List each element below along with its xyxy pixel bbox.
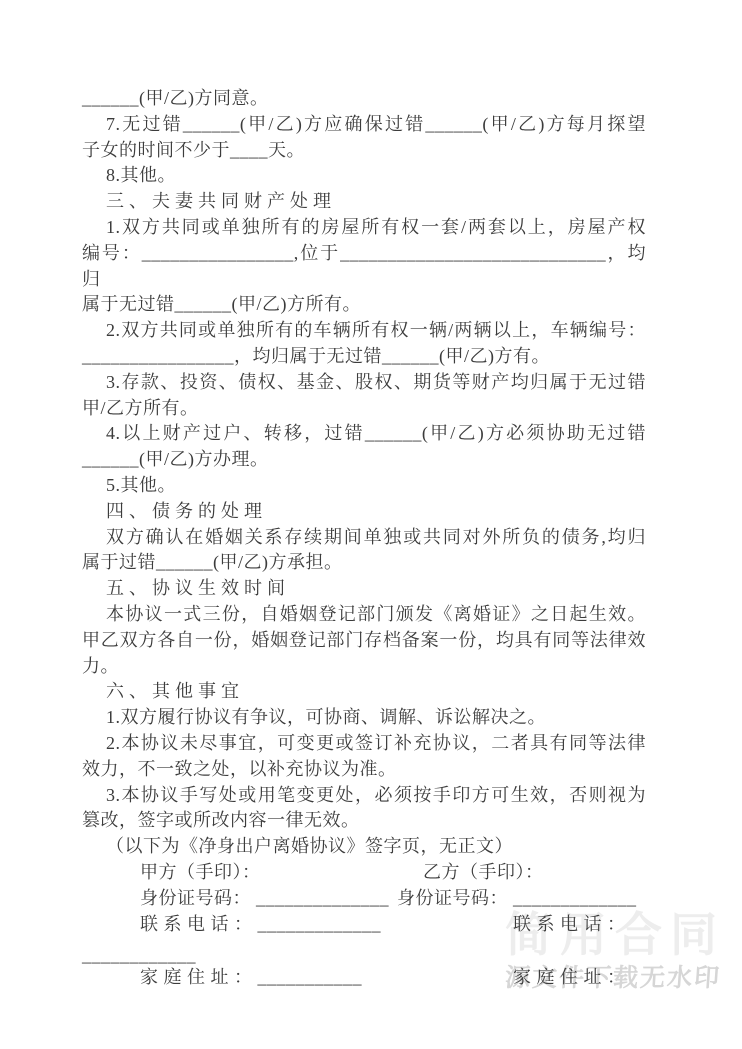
doc-line: 双方确认在婚姻关系存续期间单独或共同对外所负的债务,均归 bbox=[82, 525, 646, 551]
signature-page-note: （以下为《净身出户离婚协议》签字页，无正文） bbox=[82, 834, 646, 860]
doc-line: 3.本协议手写处或用笔变更处，必须按手印方可生效，否则视为 bbox=[82, 783, 646, 809]
party-b-id-field: 身份证号码： _____________ bbox=[397, 886, 637, 912]
doc-line: ______(甲/乙)方办理。 bbox=[82, 447, 646, 473]
document-page: 简用合同 源文件下载无水印 ______(甲/乙)方同意。 7.无过错_____… bbox=[0, 0, 742, 1049]
doc-line: 2.本协议未尽事宜，可变更或签订补充协议，二者具有同等法律 bbox=[82, 731, 646, 757]
party-a-phone-field: 联 系 电 话 ： _____________ bbox=[140, 912, 381, 938]
signature-row-address: 家 庭 住 址 ： ___________ 家 庭 住 址 ： bbox=[82, 965, 646, 991]
doc-line: 1.双方共同或单独所有的房屋所有权一套/两套以上，房屋产权 bbox=[82, 215, 646, 241]
party-a-label: 甲方（手印）： bbox=[140, 860, 261, 886]
section-heading-property: 三、夫妻共同财产处理 bbox=[82, 189, 646, 215]
doc-line: 5.其他。 bbox=[82, 473, 646, 499]
party-a-address-field: 家 庭 住 址 ： ___________ bbox=[140, 965, 362, 991]
doc-line: 属于无过错______(甲/乙)方所有。 bbox=[82, 292, 646, 318]
doc-line: 3.存款、投资、债权、基金、股权、期货等财产均归属于无过错 bbox=[82, 370, 646, 396]
signature-row-id: 身份证号码： ______________ 身份证号码： ___________… bbox=[82, 886, 646, 912]
party-a-id-field: 身份证号码： ______________ bbox=[140, 886, 389, 912]
doc-line: 1.双方履行协议有争议，可协商、调解、诉讼解决之。 bbox=[82, 705, 646, 731]
section-heading-effective-date: 五、协议生效时间 bbox=[82, 576, 646, 602]
doc-line: 4.以上财产过户、转移，过错______(甲/乙)方必须协助无过错 bbox=[82, 421, 646, 447]
doc-line: 2.双方共同或单独所有的车辆所有权一辆/两辆以上，车辆编号： bbox=[82, 318, 646, 344]
doc-line: 篡改，签字或所改内容一律无效。 bbox=[82, 808, 646, 834]
doc-line: ______(甲/乙)方同意。 bbox=[82, 86, 646, 112]
doc-line: 力。 bbox=[82, 654, 646, 680]
doc-line: 子女的时间不少于____天。 bbox=[82, 138, 646, 164]
doc-line: 编号：________________,位于__________________… bbox=[82, 241, 646, 293]
doc-line: 7.无过错______(甲/乙)方应确保过错______(甲/乙)方每月探望 bbox=[82, 112, 646, 138]
doc-line: 效力，不一致之处，以补充协议为准。 bbox=[82, 757, 646, 783]
party-b-phone-label: 联 系 电 话 ： bbox=[513, 912, 626, 938]
doc-line: 甲/乙方所有。 bbox=[82, 396, 646, 422]
doc-line: 属于过错______(甲/乙)方承担。 bbox=[82, 550, 646, 576]
party-b-label: 乙方（手印）： bbox=[423, 860, 544, 886]
party-b-address-label: 家 庭 住 址 ： bbox=[513, 965, 626, 991]
section-heading-debt: 四、债务的处理 bbox=[82, 499, 646, 525]
doc-line: 8.其他。 bbox=[82, 163, 646, 189]
section-heading-misc: 六、其他事宜 bbox=[82, 679, 646, 705]
document-body: ______(甲/乙)方同意。 7.无过错______(甲/乙)方应确保过错__… bbox=[82, 86, 646, 991]
signature-row-phone: 联 系 电 话 ： _____________ 联 系 电 话 ： bbox=[82, 912, 646, 938]
signature-row-party: 甲方（手印）： 乙方（手印）： bbox=[82, 860, 646, 886]
doc-line: 甲乙双方各自一份，婚姻登记部门存档备案一份，均具有同等法律效 bbox=[82, 628, 646, 654]
doc-line: 本协议一式三份，自婚姻登记部门颁发《离婚证》之日起生效。 bbox=[82, 602, 646, 628]
doc-line: ________________，均归属于无过错______(甲/乙)方有。 bbox=[82, 344, 646, 370]
